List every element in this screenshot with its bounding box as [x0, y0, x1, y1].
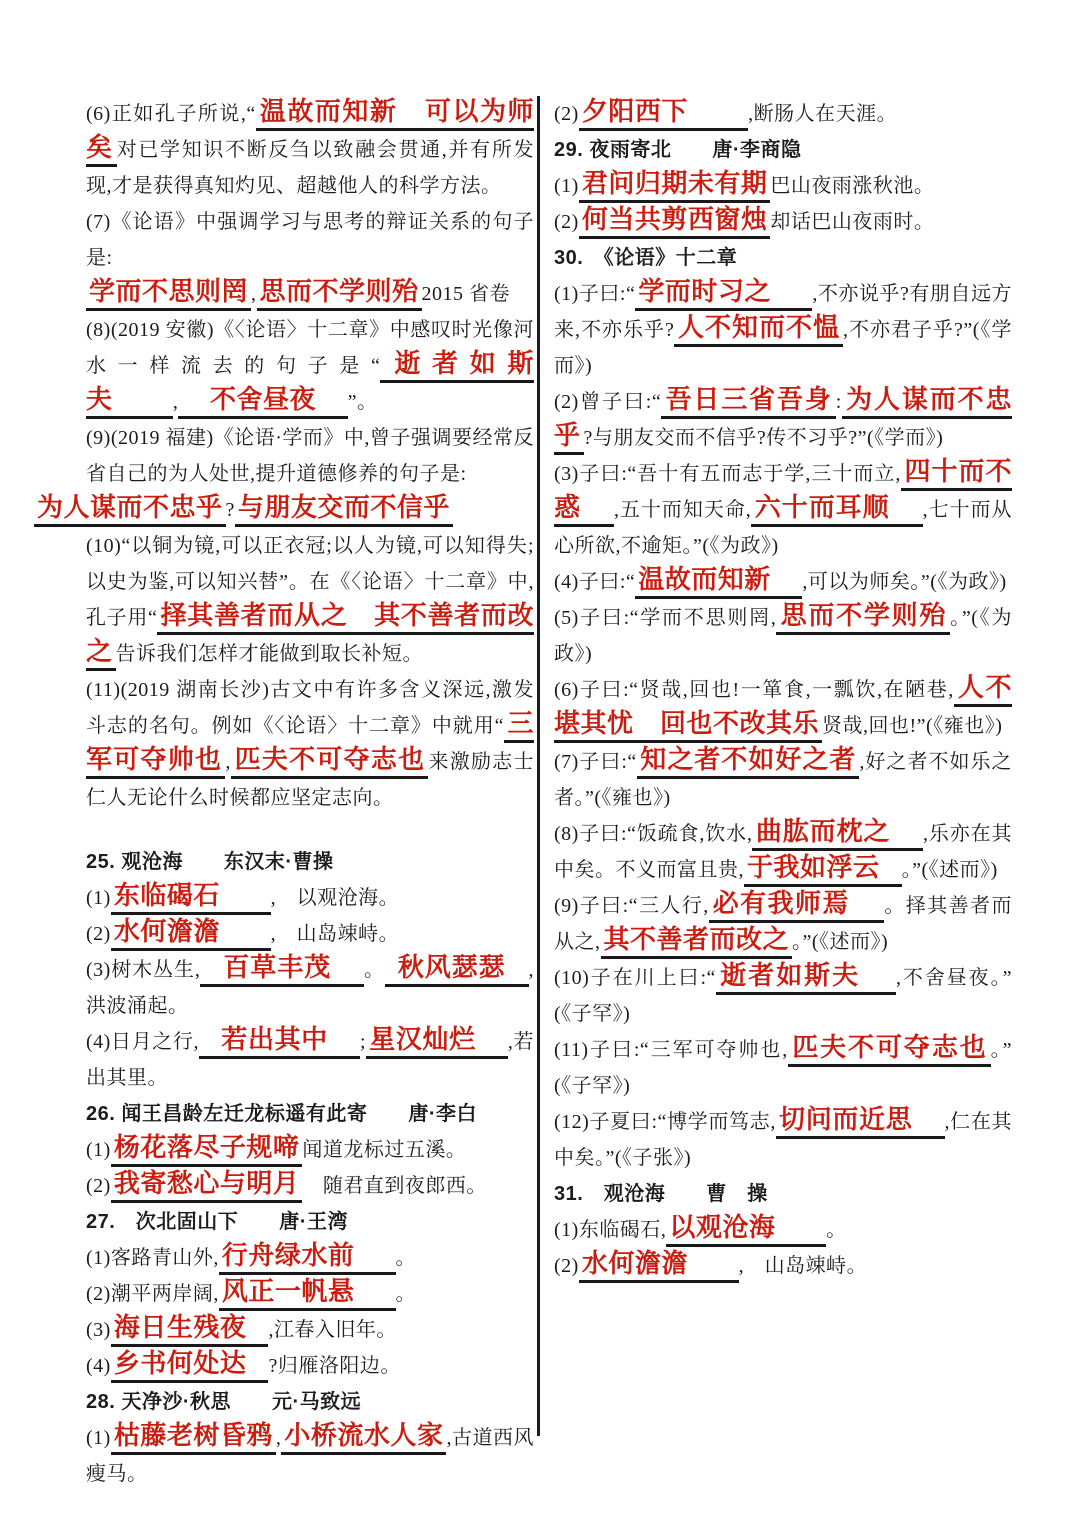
printed-text: (1): [86, 1427, 111, 1449]
printed-text: (3)树木丛生,: [86, 959, 200, 981]
printed-text: ,断肠人在天涯。: [748, 103, 897, 125]
printed-text: (4)子曰:“: [554, 571, 635, 593]
section-heading: 30. 《论语》十二章: [554, 240, 1012, 276]
printed-text: 。”(《述而》): [792, 931, 888, 953]
text-line: (10)子在川上曰:“逝者如斯夫 ,不舍昼夜。”(《子罕》): [554, 960, 1012, 1032]
handwritten-answer: 必有我师焉: [709, 889, 885, 923]
handwritten-answer: 杨花落尽子规啼: [111, 1133, 303, 1167]
text-line: (4)子曰:“温故而知新 ,可以为师矣。”(《为政》): [554, 564, 1012, 600]
handwritten-answer: 若出其中: [199, 1025, 360, 1059]
text-line: (3)子曰:“吾十有五而志于学,三十而立,四十而不惑 ,五十而知天命,六十而耳顺…: [554, 456, 1012, 564]
handwritten-answer: 思而不学则殆: [257, 277, 422, 311]
printed-text: ,五十而知天命,: [614, 499, 751, 521]
handwritten-answer: 学而时习之: [635, 277, 812, 311]
printed-text: :: [836, 391, 842, 413]
text-line: (7)《论语》中强调学习与思考的辩证关系的句子是:: [86, 204, 534, 276]
text-line: (5)子曰:“学而不思则罔,思而不学则殆。”(《为政》): [554, 600, 1012, 672]
text-line: (4)乡书何处达 ?归雁洛阳边。: [86, 1348, 534, 1384]
text-line: (4)日月之行, 若出其中 ;星汉灿烂 ,若出其里。: [86, 1024, 534, 1096]
section-heading: 26. 闻王昌龄左迁龙标遥有此寄 唐·李白: [86, 1096, 534, 1132]
printed-text: (2)潮平两岸阔,: [86, 1283, 219, 1305]
handwritten-answer: 君问归期未有期: [579, 169, 771, 203]
printed-text: (11)子曰:“三军可夺帅也,: [554, 1039, 788, 1061]
handwritten-answer: 水何澹澹: [579, 1249, 739, 1283]
handwritten-answer: 夕阳西下: [579, 97, 748, 131]
handwritten-answer: 知之者不如好之者: [637, 745, 860, 779]
printed-text: 。”(《述而》): [902, 859, 998, 881]
handwritten-answer: 小桥流水人家: [281, 1421, 446, 1455]
handwritten-answer: 逝者如斯夫: [716, 961, 896, 995]
printed-text: 27. 次北固山下 唐·王湾: [86, 1211, 348, 1233]
text-line: 为人谋而不忠乎?与朋友交而不信乎: [34, 492, 534, 528]
text-line: (11)(2019 湖南长沙)古文中有许多含义深远,激发斗志的名句。例如《〈论语…: [86, 672, 534, 816]
printed-text: 随君直到夜郎西。: [302, 1175, 487, 1197]
printed-text: (9)(2019 福建)《论语·学而》中,曾子强调要经常反省自己的为人处世,提升…: [86, 427, 534, 485]
handwritten-answer: 秋风瑟瑟: [385, 953, 529, 987]
column-divider: [537, 96, 540, 1436]
handwritten-answer: 风正一帆悬: [219, 1277, 396, 1311]
printed-text: 。: [396, 1283, 417, 1305]
printed-text: (9)子曰:“三人行,: [554, 895, 709, 917]
handwritten-answer: 枯藤老树昏鸦: [111, 1421, 276, 1455]
section-heading: 25. 观沧海 东汉末·曹操: [86, 844, 534, 880]
handwritten-answer: 人不知而不愠: [674, 313, 843, 347]
handwritten-answer: 水何澹澹: [111, 917, 271, 951]
printed-text: 30. 《论语》十二章: [554, 247, 737, 269]
handwritten-answer: 海日生残夜: [111, 1313, 269, 1347]
printed-text: (1): [554, 175, 579, 197]
printed-text: 25. 观沧海 东汉末·曹操: [86, 851, 334, 873]
text-line: (6)子曰:“贤哉,回也!一箪食,一瓢饮,在陋巷,人不堪其忧 回也不改其乐贤哉,…: [554, 672, 1012, 744]
printed-text: 26. 闻王昌龄左迁龙标遥有此寄 唐·李白: [86, 1103, 477, 1125]
printed-text: (6)正如孔子所说,“: [86, 103, 256, 125]
printed-text: ”。: [348, 391, 378, 413]
printed-text: 对已学知识不断反刍以致融会贯通,并有所发现,才是获得真知灼见、超越他人的科学方法…: [86, 139, 534, 197]
left-column: (6)正如孔子所说,“温故而知新 可以为师矣对已学知识不断反刍以致融会贯通,并有…: [86, 96, 534, 1492]
handwritten-answer: 不舍昼夜: [178, 385, 347, 419]
text-line: (3)海日生残夜 ,江春入旧年。: [86, 1312, 534, 1348]
printed-text: 贤哉,回也!”(《雍也》): [822, 715, 1002, 737]
printed-text: (3)子曰:“吾十有五而志于学,三十而立,: [554, 463, 901, 485]
printed-text: ?归雁洛阳边。: [268, 1355, 400, 1377]
text-line: (2)水何澹澹 , 山岛竦峙。: [86, 916, 534, 952]
handwritten-answer: 行舟绿水前: [219, 1241, 396, 1275]
text-line: (8)子曰:“饭疏食,饮水,曲肱而枕之 ,乐亦在其中矣。不义而富且贵,于我如浮云…: [554, 816, 1012, 888]
text-line: (1)君问归期未有期巴山夜雨涨秋池。: [554, 168, 1012, 204]
printed-text: 。: [364, 959, 385, 981]
printed-text: 闻道龙标过五溪。: [302, 1139, 466, 1161]
handwritten-answer: 何当共剪西窗烛: [579, 205, 771, 239]
text-line: (3)树木丛生, 百草丰茂 。 秋风瑟瑟 ,洪波涌起。: [86, 952, 534, 1024]
text-line: (1)东临碣石,以观沧海 。: [554, 1212, 1012, 1248]
handwritten-answer: 温故而知新: [635, 565, 802, 599]
handwritten-answer: 与朋友交而不信乎: [235, 493, 453, 527]
printed-text: (7)子曰:“: [554, 751, 637, 773]
text-line: (9)(2019 福建)《论语·学而》中,曾子强调要经常反省自己的为人处世,提升…: [86, 420, 534, 492]
handwritten-answer: 星汉灿烂: [366, 1025, 508, 1059]
printed-text: (5)子曰:“学而不思则罔,: [554, 607, 776, 629]
printed-text: (2): [554, 211, 579, 233]
section-heading: 28. 天净沙·秋思 元·马致远: [86, 1384, 534, 1420]
text-line: (2)水何澹澹 , 山岛竦峙。: [554, 1248, 1012, 1284]
handwritten-answer: 于我如浮云: [744, 853, 902, 887]
handwritten-answer: 以观沧海: [666, 1213, 826, 1247]
printed-text: (2): [554, 103, 579, 125]
section-heading: 27. 次北固山下 唐·王湾: [86, 1204, 534, 1240]
worksheet-page: (6)正如孔子所说,“温故而知新 可以为师矣对已学知识不断反刍以致融会贯通,并有…: [0, 0, 1080, 1527]
text-line: (9)子曰:“三人行,必有我师焉 。择其善者而从之,其不善者而改之。”(《述而》…: [554, 888, 1012, 960]
printed-text: 2015 省卷: [422, 283, 511, 305]
printed-text: ,江春入旧年。: [268, 1319, 397, 1341]
section-heading: 29. 夜雨寄北 唐·李商隐: [554, 132, 1012, 168]
text-line: (11)子曰:“三军可夺帅也,匹夫不可夺志也。”(《子罕》): [554, 1032, 1012, 1104]
printed-text: 。: [826, 1219, 847, 1241]
printed-text: (7)《论语》中强调学习与思考的辩证关系的句子是:: [86, 211, 534, 269]
printed-text: , 山岛竦峙。: [739, 1255, 868, 1277]
printed-text: , 以观沧海。: [271, 887, 400, 909]
handwritten-answer: 东临碣石: [111, 881, 271, 915]
right-column: (2)夕阳西下 ,断肠人在天涯。29. 夜雨寄北 唐·李商隐(1)君问归期未有期…: [554, 96, 1012, 1284]
printed-text: (2): [86, 1175, 111, 1197]
printed-text: (2)曾子曰:“: [554, 391, 661, 413]
text-line: (1)枯藤老树昏鸦,小桥流水人家,古道西风瘦马。: [86, 1420, 534, 1492]
printed-text: ,: [251, 283, 257, 305]
printed-text: ?与朋友交而不信乎?传不习乎?”(《学而》): [584, 427, 944, 449]
text-line: (2)潮平两岸阔,风正一帆悬 。: [86, 1276, 534, 1312]
handwritten-answer: 其不善者而改之: [601, 925, 793, 959]
text-line: (1)杨花落尽子规啼闻道龙标过五溪。: [86, 1132, 534, 1168]
printed-text: 巴山夜雨涨秋池。: [770, 175, 934, 197]
printed-text: 29. 夜雨寄北 唐·李商隐: [554, 139, 802, 161]
handwritten-answer: 思而不学则殆: [776, 601, 950, 635]
handwritten-answer: 为人谋而不忠乎: [34, 493, 226, 527]
printed-text: (1)客路青山外,: [86, 1247, 219, 1269]
printed-text: (3): [86, 1319, 111, 1341]
text-line: (1)东临碣石 , 以观沧海。: [86, 880, 534, 916]
handwritten-answer: 六十而耳顺: [751, 493, 922, 527]
text-line: 学而不思则罔,思而不学则殆2015 省卷: [86, 276, 534, 312]
text-line: (7)子曰:“知之者不如好之者,好之者不如乐之者。”(《雍也》): [554, 744, 1012, 816]
text-line: (8)(2019 安徽)《〈论语〉十二章》中感叹时光像河水一样流去的句子是“逝者…: [86, 312, 534, 420]
printed-text: 告诉我们怎样才能做到取长补短。: [116, 643, 424, 665]
text-line: (10)“以铜为镜,可以正衣冠;以人为镜,可以知得失;以史为鉴,可以知兴替”。在…: [86, 528, 534, 672]
printed-text: (1)东临碣石,: [554, 1219, 666, 1241]
text-line: (2)我寄愁心与明月 随君直到夜郎西。: [86, 1168, 534, 1204]
handwritten-answer: 我寄愁心与明月: [111, 1169, 303, 1203]
handwritten-answer: 吾日三省吾身: [661, 385, 836, 419]
handwritten-answer: 匹夫不可夺志也: [788, 1033, 991, 1067]
text-line: (2)曾子曰:“吾日三省吾身:为人谋而不忠乎?与朋友交而不信乎?传不习乎?”(《…: [554, 384, 1012, 456]
printed-text: 31. 观沧海 曹 操: [554, 1183, 768, 1205]
text-line: (6)正如孔子所说,“温故而知新 可以为师矣对已学知识不断反刍以致融会贯通,并有…: [86, 96, 534, 204]
printed-text: (1): [86, 1139, 111, 1161]
printed-text: (4): [86, 1355, 111, 1377]
handwritten-answer: 匹夫不可夺志也: [231, 745, 429, 779]
text-line: (12)子夏曰:“博学而笃志,切问而近思 ,仁在其中矣。”(《子张》): [554, 1104, 1012, 1176]
printed-text: 却话巴山夜雨时。: [770, 211, 934, 233]
printed-text: (1)子曰:“: [554, 283, 635, 305]
printed-text: ?: [226, 499, 235, 521]
handwritten-answer: 学而不思则罔: [86, 277, 251, 311]
printed-text: (11)(2019 湖南长沙)古文中有许多含义深远,激发斗志的名句。例如《〈论语…: [86, 679, 534, 737]
text-line: (2)何当共剪西窗烛却话巴山夜雨时。: [554, 204, 1012, 240]
text-line: (1)子曰:“学而时习之 ,不亦说乎?有朋自远方来,不亦乐乎?人不知而不愠,不亦…: [554, 276, 1012, 384]
printed-text: (10)子在川上曰:“: [554, 967, 716, 989]
handwritten-answer: 乡书何处达: [111, 1349, 269, 1383]
printed-text: (1): [86, 887, 111, 909]
handwritten-answer: 百草丰茂: [200, 953, 364, 987]
printed-text: 。: [396, 1247, 417, 1269]
printed-text: (4)日月之行,: [86, 1031, 199, 1053]
text-line: (2)夕阳西下 ,断肠人在天涯。: [554, 96, 1012, 132]
section-heading: 31. 观沧海 曹 操: [554, 1176, 1012, 1212]
printed-text: ,可以为师矣。”(《为政》): [802, 571, 1006, 593]
printed-text: ,: [225, 751, 231, 773]
printed-text: 28. 天净沙·秋思 元·马致远: [86, 1391, 361, 1413]
handwritten-answer: 曲肱而枕之: [752, 817, 923, 851]
printed-text: (8)子曰:“饭疏食,饮水,: [554, 823, 752, 845]
handwritten-answer: 切问而近思: [776, 1105, 945, 1139]
printed-text: (6)子曰:“贤哉,回也!一箪食,一瓢饮,在陋巷,: [554, 679, 954, 701]
printed-text: (2): [86, 923, 111, 945]
printed-text: (12)子夏曰:“博学而笃志,: [554, 1111, 776, 1133]
printed-text: , 山岛竦峙。: [271, 923, 400, 945]
text-line: (1)客路青山外,行舟绿水前 。: [86, 1240, 534, 1276]
printed-text: (2): [554, 1255, 579, 1277]
